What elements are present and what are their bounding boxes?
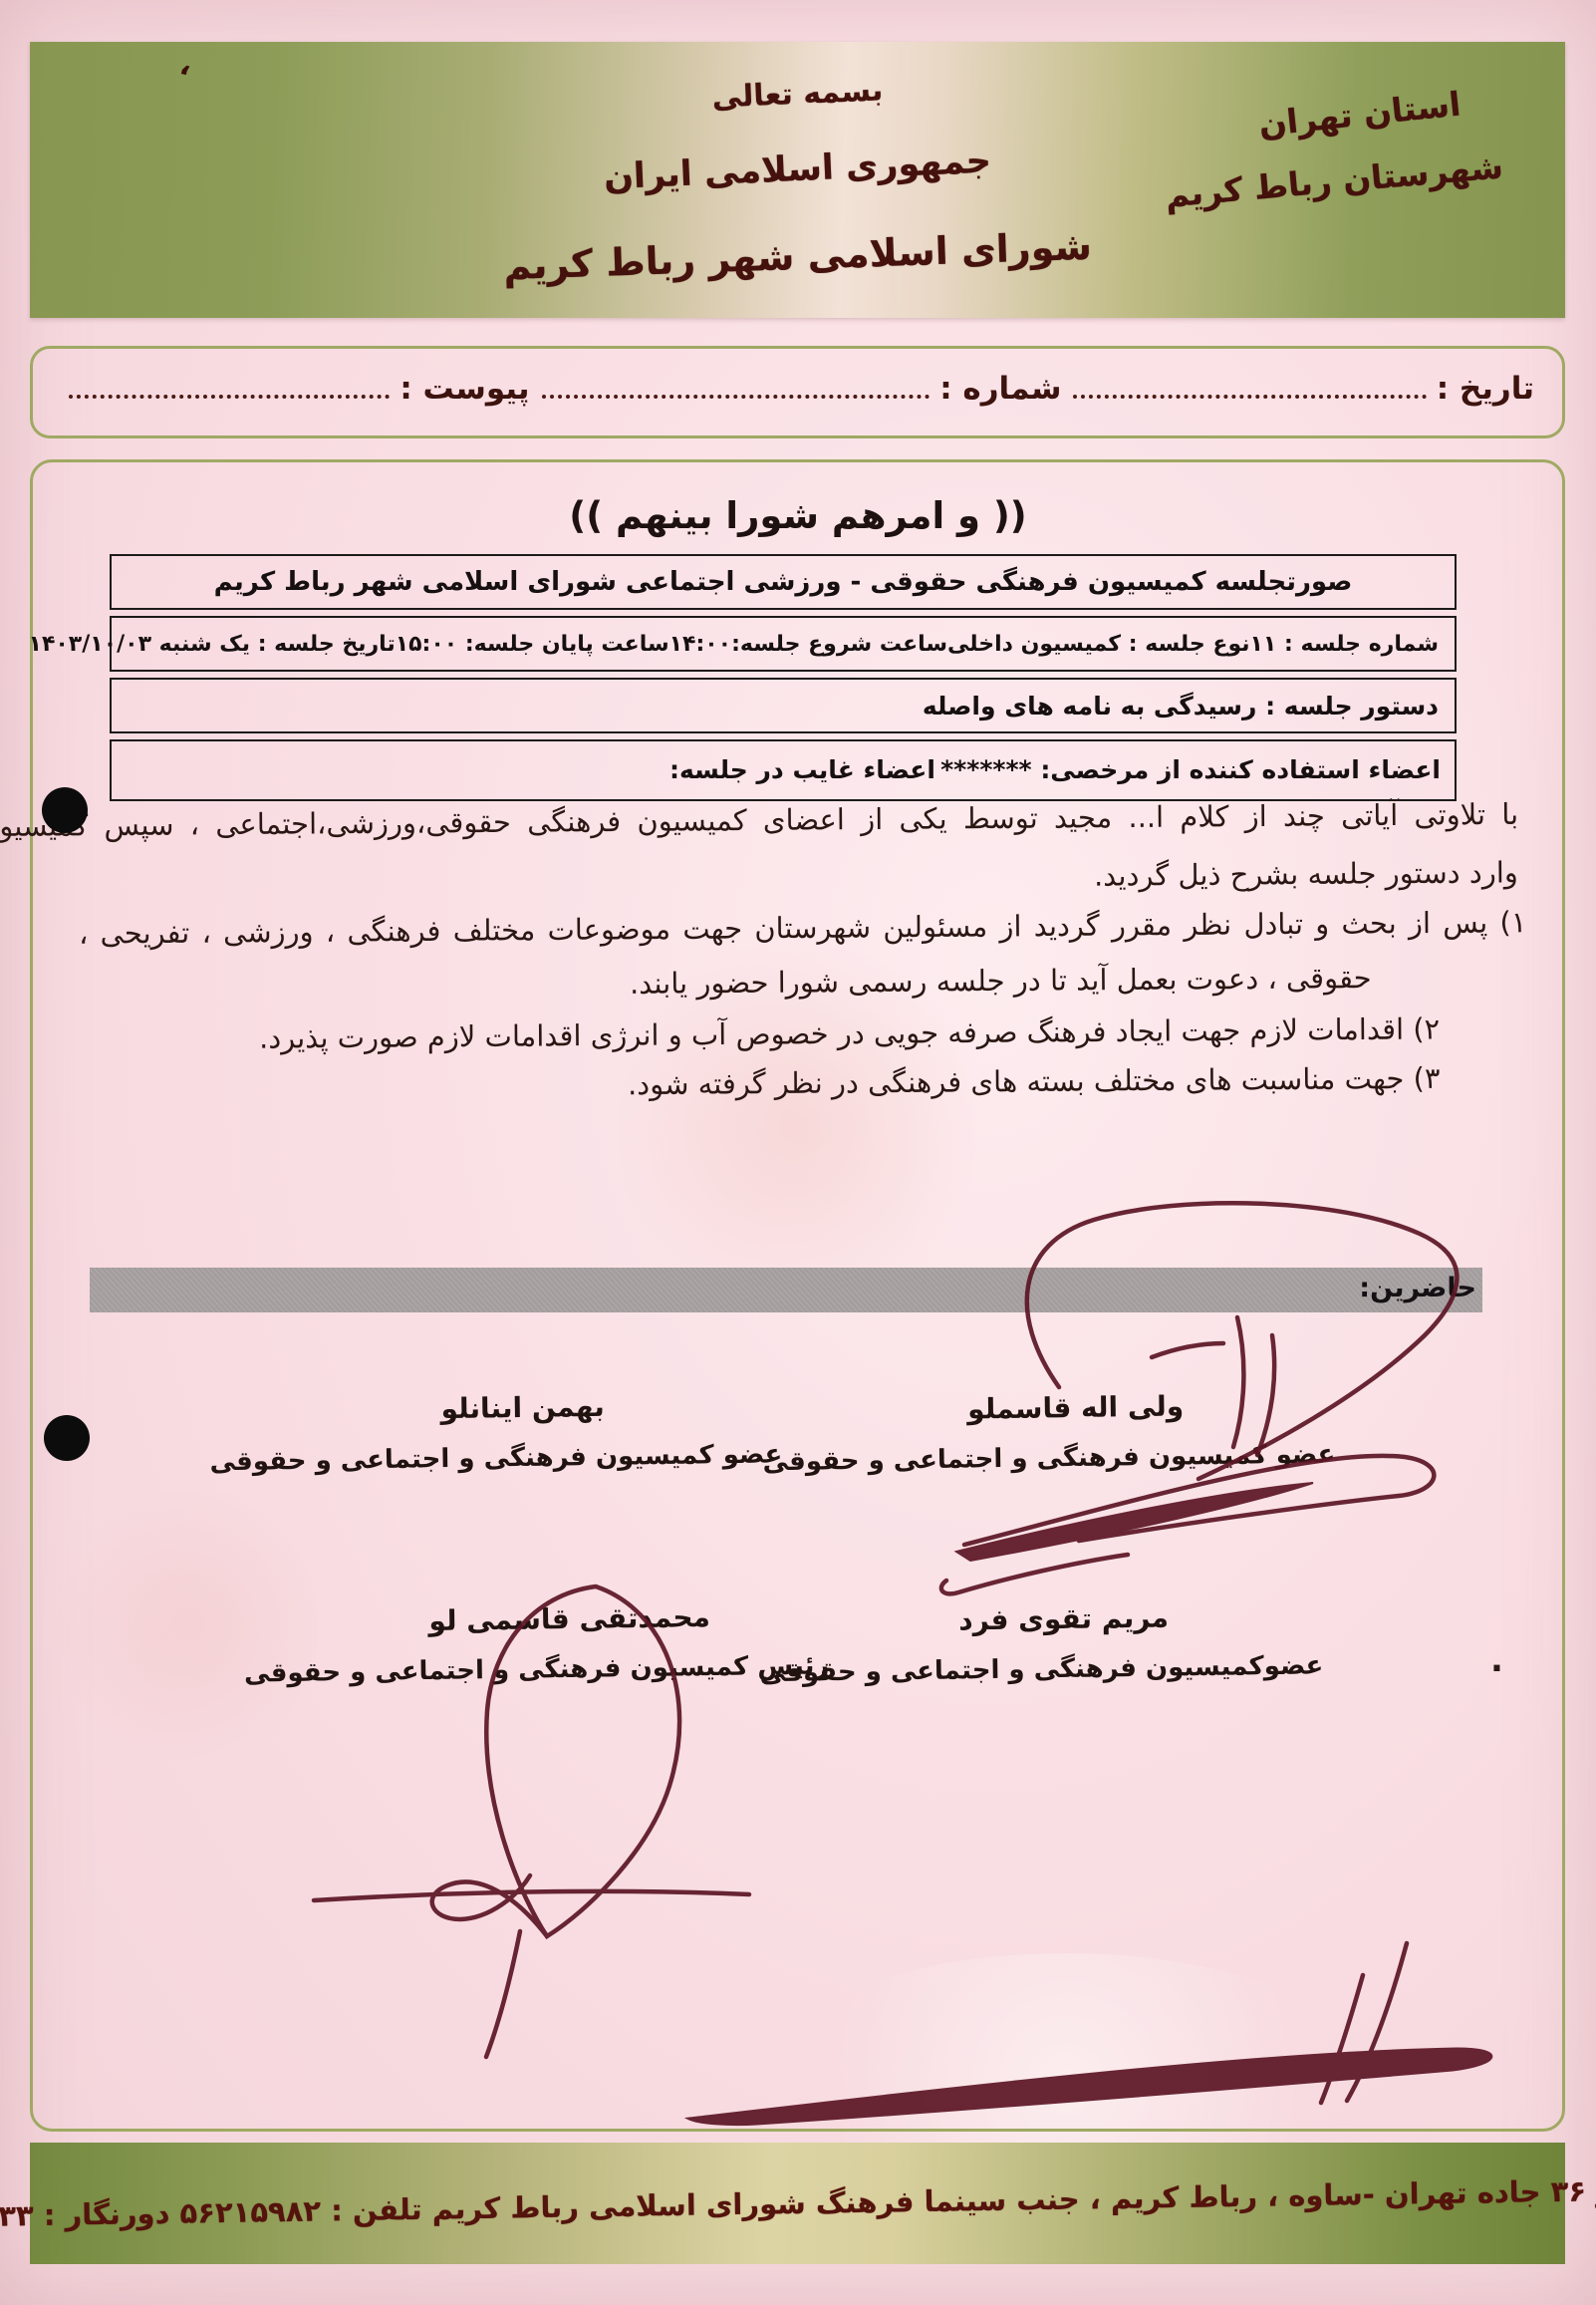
signature-ghasemilou-tail: [486, 1931, 520, 2057]
handwritten-signatures: [0, 0, 1596, 2305]
hole-punch-bottom: [44, 1415, 90, 1461]
signature-ghasemilou-balloon: [486, 1586, 679, 1936]
scanned-document-page: بسمه تعالی جمهوری اسلامی ایران شورای اسل…: [0, 0, 1596, 2305]
hole-punch-top: [42, 787, 88, 833]
signature-ghasemlou-stroke: [1257, 1335, 1274, 1455]
signature-ghasemilou-underline: [314, 1891, 749, 1900]
footer-banner: کیلومتر ۳۶ جاده تهران -ساوه ، رباط کریم …: [30, 2143, 1565, 2264]
signature-ghasemlou-stroke: [1233, 1317, 1243, 1447]
signature-ghasemlou-flourish: [956, 1483, 1313, 1561]
footer-address: کیلومتر ۳۶ جاده تهران -ساوه ، رباط کریم …: [0, 2172, 1596, 2235]
signature-taghavifard-swoosh: [689, 2049, 1491, 2125]
signature-ghasemlou-stroke: [1152, 1343, 1223, 1357]
